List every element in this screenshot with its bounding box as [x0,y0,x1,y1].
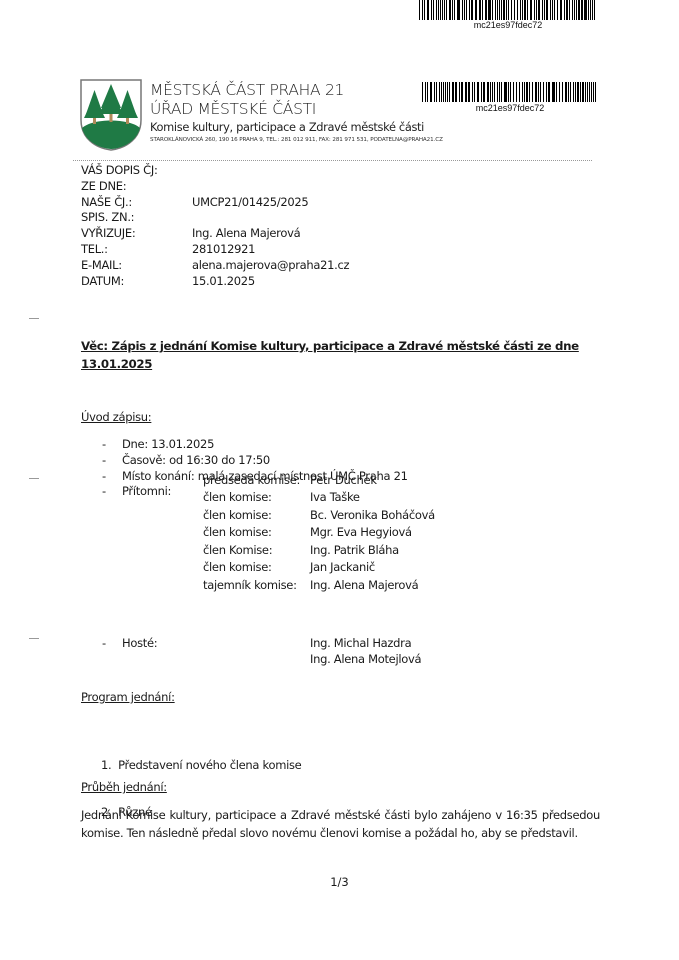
attendee-name: Mgr. Eva Hegyiová [310,525,412,541]
margin-mark [29,318,39,319]
reference-row: SPIS. ZN.: [81,210,349,226]
header-barcode: mc21es97fdec72 [422,82,598,116]
reference-value: UMCP21/01425/2025 [192,195,308,211]
attendee-name: Petr Duchek [310,473,377,489]
guest-name: Ing. Michal Hazdra [310,636,411,652]
attendee-row: člen komise:Bc. Veronika Boháčová [0,508,679,526]
reference-label: ZE DNE: [81,179,192,195]
reference-label: E-MAIL: [81,258,192,274]
attendee-role: člen komise: [203,508,272,524]
intro-time: Časově: od 16:30 do 17:50 [122,453,270,469]
reference-block: VÁŠ DOPIS ČJ:ZE DNE:NAŠE ČJ.:UMCP21/0142… [81,163,349,289]
reference-row: TEL.:281012921 [81,242,349,258]
reference-label: VYŘIZUJE: [81,226,192,242]
letterhead-department: Komise kultury, participace a Zdravé měs… [150,120,424,134]
reference-row: NAŠE ČJ.:UMCP21/01425/2025 [81,195,349,211]
attendee-name: Ing. Patrik Bláha [310,543,399,559]
bullet: - [102,636,106,652]
reference-value: 15.01.2025 [192,274,255,290]
proceedings-heading: Průběh jednání: [81,780,167,794]
guests-label: Hosté: [122,636,157,652]
header-barcode-code: mc21es97fdec72 [422,103,598,113]
attendee-role: tajemník komise: [203,578,297,594]
subject-heading: Věc: Zápis z jednání Komise kultury, par… [81,337,601,373]
reference-row: VYŘIZUJE:Ing. Alena Majerová [81,226,349,242]
program-item: 1. Představení nového člena komise [101,758,301,774]
guest-name: Ing. Alena Motejlová [310,652,421,668]
tree-shield-icon [79,78,143,152]
bullet: - [102,437,106,453]
attendees-list: předseda komise:Petr Duchekčlen komise:I… [0,490,679,595]
reference-label: VÁŠ DOPIS ČJ: [81,163,192,179]
reference-row: VÁŠ DOPIS ČJ: [81,163,349,179]
attendee-role: člen komise: [203,560,272,576]
attendee-row: člen Komise:Ing. Patrik Bláha [0,543,679,561]
bullet: - [102,453,106,469]
attendee-row: člen komise:Iva Taške [0,490,679,508]
attendee-role: člen Komise: [203,543,272,559]
letterhead-address: STAROKLÁNOVICKÁ 260, 190 16 PRAHA 9, TEL… [150,137,443,143]
reference-value: 281012921 [192,242,255,258]
reference-value: Ing. Alena Majerová [192,226,300,242]
attendee-name: Ing. Alena Majerová [310,578,418,594]
top-barcode-code: mc21es97fdec72 [419,20,597,30]
header-separator [73,160,592,161]
reference-label: TEL.: [81,242,192,258]
proceedings-text: Jednání Komise kultury, participace a Zd… [81,807,600,842]
guests-section: - Hosté: Ing. Michal Hazdra Ing. Alena M… [0,636,679,668]
reference-row: ZE DNE: [81,179,349,195]
attendee-row: člen komise:Jan Jackanič [0,560,679,578]
attendee-role: člen komise: [203,525,272,541]
attendee-role: předseda komise: [203,473,300,489]
letterhead-title-2: ÚŘAD MĚSTSKÉ ČÁSTI [150,100,316,119]
attendee-row: člen komise:Mgr. Eva Hegyiová [0,525,679,543]
intro-heading: Úvod zápisu: [81,410,151,424]
coat-of-arms-logo [79,78,143,152]
attendee-row: předseda komise:Petr Duchek [0,473,679,491]
reference-label: NAŠE ČJ.: [81,195,192,211]
intro-date: Dne: 13.01.2025 [122,437,214,453]
letterhead-title-1: MĚSTSKÁ ČÁST PRAHA 21 [150,81,344,100]
attendee-role: člen komise: [203,490,272,506]
reference-value: alena.majerova@praha21.cz [192,258,349,274]
reference-label: DATUM: [81,274,192,290]
attendee-row: tajemník komise:Ing. Alena Majerová [0,578,679,596]
reference-label: SPIS. ZN.: [81,210,192,226]
reference-row: DATUM:15.01.2025 [81,274,349,290]
attendee-name: Bc. Veronika Boháčová [310,508,435,524]
top-barcode: mc21es97fdec72 [419,0,597,30]
reference-row: E-MAIL:alena.majerova@praha21.cz [81,258,349,274]
attendee-name: Jan Jackanič [310,560,375,576]
attendee-name: Iva Taške [310,490,360,506]
page-number: 1/3 [0,875,679,889]
program-heading: Program jednání: [81,690,175,704]
